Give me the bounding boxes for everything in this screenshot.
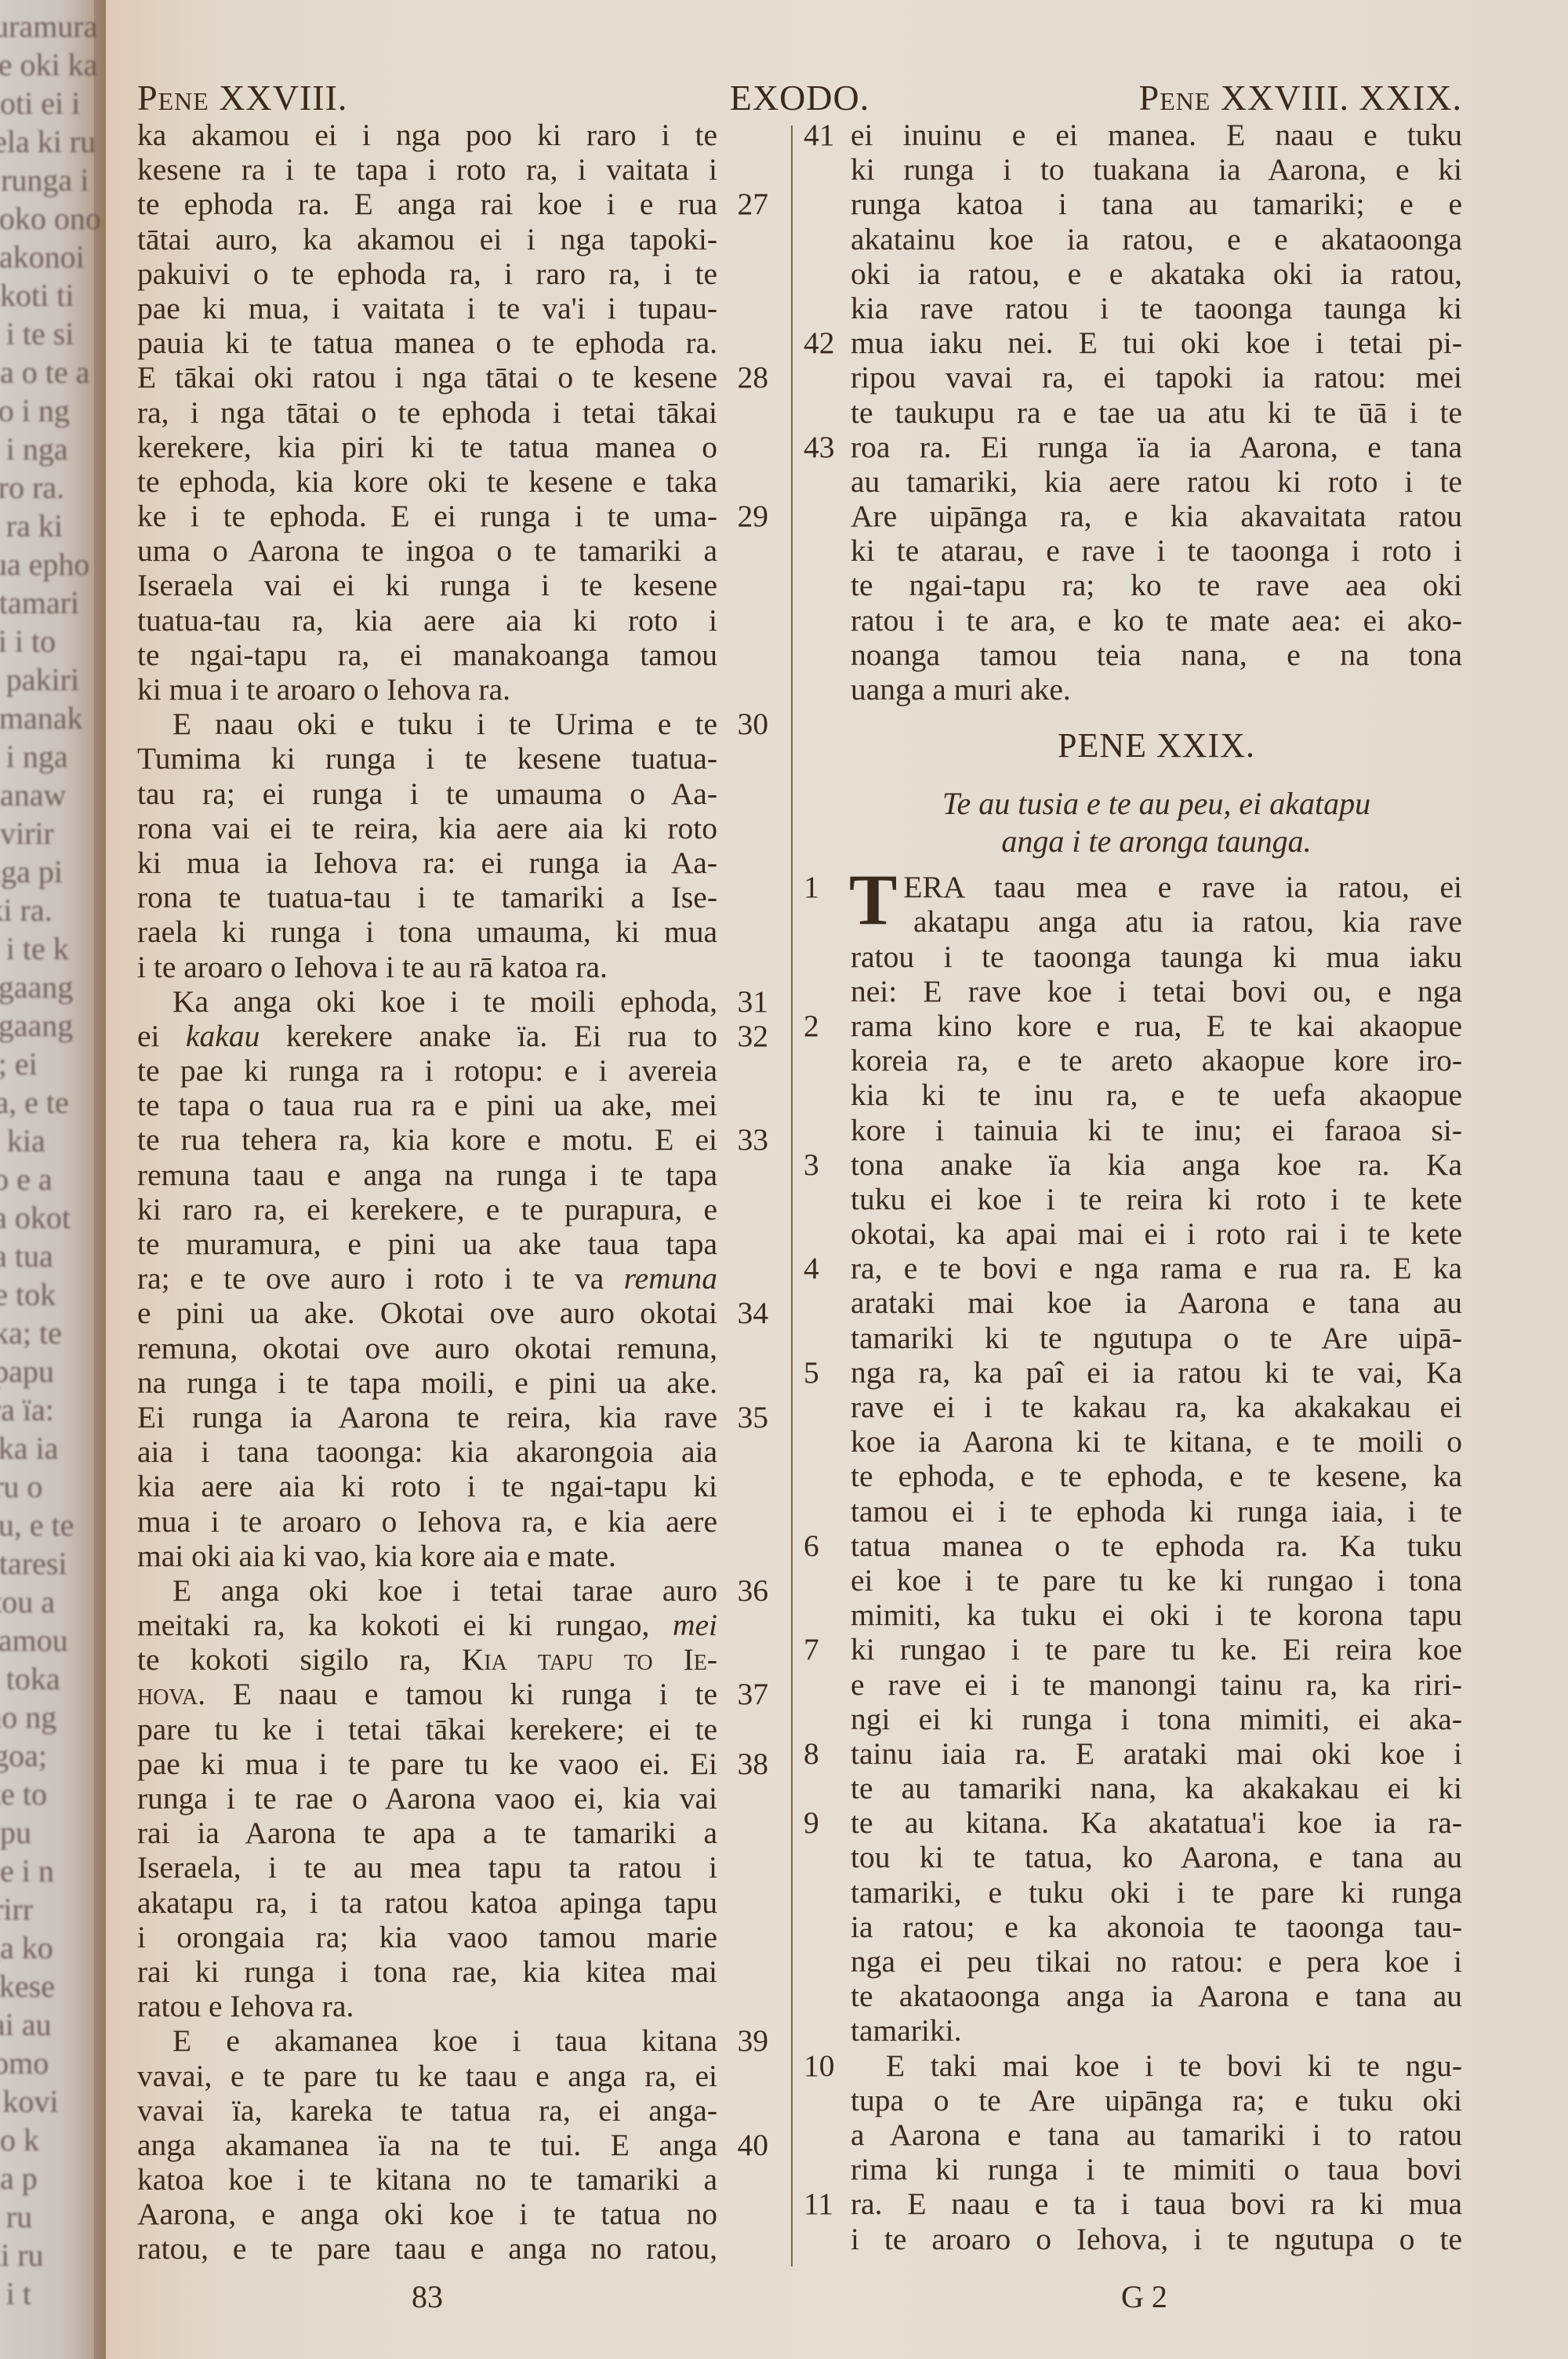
verse-number: 41 — [804, 118, 835, 152]
text-line: nga ra, ka paî ei ia ratou ki te vai, Ka… — [804, 1355, 1462, 1390]
previous-page-text: oe i te k — [0, 930, 106, 967]
line-text: mimiti, ka tuku ei oki i te korona tapu — [851, 1598, 1462, 1632]
line-text: akatapu anga atu ia ratou, kia rave — [913, 904, 1462, 939]
text-line: akatainu koe ia ratou, e e akataoonga — [804, 222, 1462, 256]
previous-page-text: toka; te — [0, 1314, 106, 1351]
line-text: uma o Aarona te ingoa o te tamariki a — [137, 533, 717, 568]
previous-page-text: oe i nga — [0, 431, 106, 467]
previous-page-text: te akonoi — [0, 238, 106, 275]
previous-page-text: a ra ïa: — [0, 1391, 106, 1428]
line-text: a Aarona e tana au tamariki i to ratou — [851, 2117, 1462, 2152]
line-text: Are uipānga ra, e kia akavaitata ratou — [851, 499, 1462, 533]
line-text: rona te tuatua-tau i te tamariki a Ise- — [137, 880, 717, 914]
previous-page-text: ki runga i — [0, 162, 106, 198]
right-text-column: ei inuinu e ei manea. E naau e tuku41ki … — [804, 118, 1462, 2256]
line-text: ia ratou; e ka akonoia te taoonga tau- — [851, 1910, 1462, 1944]
verse-number: 9 — [804, 1805, 819, 1840]
verse-number: 32 — [738, 1019, 769, 1053]
running-head-book-title: EXODO. — [730, 77, 869, 118]
text-line: ki te atarau, e rave i te taoonga i roto… — [804, 533, 1462, 568]
line-text: na runga i te tapa moili, e pini ua ake. — [137, 1365, 717, 1400]
line-text: koe ia Aarona ki te kitana, e te moili o — [851, 1424, 1462, 1459]
text-line: rona vai ei te reira, kia aere aia ki ro… — [137, 811, 733, 845]
text-line: E e akamanea koe i taua kitana39 — [137, 2023, 733, 2058]
line-text: tamariki ki te ngutupa o te Are uipā- — [851, 1321, 1462, 1355]
line-text: ra; e te ove auro i roto i te va remuna — [137, 1261, 717, 1296]
text-line: rai ia Aarona te apa a te tamariki a — [137, 1816, 733, 1850]
text-line: ngi ei ki runga i tona mimiti, ei aka- — [804, 1702, 1462, 1736]
line-text: mua i te aroaro o Iehova ra, e kia aere — [137, 1504, 717, 1539]
previous-page-text: nga p — [0, 2160, 106, 2197]
previous-page-text: e toko ono — [0, 200, 106, 237]
line-text: rima ki runga i te mimiti o taua bovi — [851, 2152, 1462, 2186]
previous-page-text: pai i to — [0, 623, 106, 660]
verse-number: 33 — [738, 1122, 769, 1157]
previous-page-text: i ki ru — [0, 2237, 106, 2274]
previous-page-text: tino ng — [0, 1699, 106, 1736]
previous-page-text: ebu, e te — [0, 1507, 106, 1543]
line-text: te kokoti sigilo ra, Kia tapu to Ie- — [137, 1642, 717, 1677]
verse-number: 10 — [804, 2048, 835, 2083]
line-text: vavai, e te pare tu ke taau e anga ra, e… — [137, 2059, 717, 2093]
text-line: te kokoti sigilo ra, Kia tapu to Ie- — [137, 1642, 733, 1677]
text-line: ki mua i te aroaro o Iehova ra. — [137, 672, 733, 707]
text-line: mua i te aroaro o Iehova ra, e kia aere — [137, 1504, 733, 1539]
text-line: ratou, e te pare taau e anga no ratou, — [137, 2231, 733, 2266]
line-text: pae ki mua i te pare tu ke vaoo ei. Ei — [137, 1747, 717, 1781]
verse-number: 27 — [738, 187, 769, 221]
verse-number: 8 — [804, 1736, 819, 1771]
line-text: ki mua ia Iehova ra: ei runga ia Aa- — [137, 845, 717, 880]
line-text: vavai ïa, kareka te tatua ra, ei anga- — [137, 2093, 717, 2128]
text-line: e pini ua ake. Okotai ove auro okotai34 — [137, 1296, 733, 1330]
text-line: vavai ïa, kareka te tatua ra, ei anga- — [137, 2093, 733, 2128]
text-line: pare tu ke i tetai tākai kerekere; ei te — [137, 1712, 733, 1747]
text-line: uma o Aarona te ingoa o te tamariki a — [137, 533, 733, 568]
line-text: te pae ki runga ra i rotopu: e i avereia — [137, 1053, 717, 1088]
previous-page-text: goa o te a — [0, 354, 106, 391]
line-text: ki runga i to tuakana ia Aarona, e ki — [851, 152, 1462, 187]
previous-page-text: kokoti ti — [0, 277, 106, 314]
text-line: ki raro ra, ei kerekere, e te purapura, … — [137, 1192, 733, 1227]
text-line: E taki mai koe i te bovi ki te ngu-10 — [804, 2048, 1462, 2083]
small-caps-text: Kia tapu to Ie- — [462, 1642, 717, 1677]
line-text: noanga tamou teia nana, e na tona — [851, 638, 1462, 672]
previous-page-text: akamou — [0, 1622, 106, 1659]
text-line: te au kitana. Ka akatatua'i koe ia ra-9 — [804, 1805, 1462, 1840]
text-line: arataki mai koe ia Aarona e tana au — [804, 1285, 1462, 1320]
text-line: runga i te rae o Aarona vaoo ei, kia vai — [137, 1781, 733, 1816]
verse-number: 37 — [738, 1677, 769, 1711]
text-line: te au tamariki nana, ka akakakau ei ki — [804, 1771, 1462, 1805]
verse-number: 28 — [738, 360, 769, 394]
line-text: au tamariki, kia aere ratou ki roto i te — [851, 464, 1462, 499]
line-text: te au kitana. Ka akatatua'i koe ia ra- — [851, 1805, 1462, 1840]
text-line: aia i tana taoonga: kia akarongoia aia — [137, 1434, 733, 1469]
text-line: ei kakau kerekere anake ïa. Ei rua to32 — [137, 1019, 733, 1053]
text-line: ka akamou ei i nga poo ki raro i te — [137, 118, 733, 152]
text-line: kia aere aia ki roto i te ngai-tapu ki — [137, 1469, 733, 1503]
text-line: pauia ki te tatua manea o te ephoda ra. — [137, 325, 733, 360]
line-text: E naau oki e tuku i te Urima e te — [137, 707, 717, 741]
verse-number: 1 — [804, 870, 819, 904]
text-line: ripou vavai ra, ei tapoki ia ratou: mei — [804, 360, 1462, 394]
line-text: ke i te ephoda. E ei runga i te uma- — [137, 499, 717, 533]
page-number: 83 — [412, 2278, 443, 2315]
text-line: ra, e te bovi e nga rama e rua ra. E ka4 — [804, 1251, 1462, 1285]
line-text: pae ki mua, i vaitata i te va'i i tupau- — [137, 291, 717, 325]
line-text: tātai auro, ka akamou ei i nga tapoki- — [137, 222, 717, 256]
italic-word: mei — [673, 1608, 717, 1642]
line-text: Ei runga ia Aarona te reira, kia rave — [137, 1400, 717, 1434]
text-line: tuatua-tau ra, kia aere aia ki roto i — [137, 603, 733, 638]
previous-page-text: taua epho — [0, 546, 106, 583]
previous-page-text: ka ra ki — [0, 507, 106, 544]
line-text: rona vai ei te reira, kia aere aia ki ro… — [137, 811, 717, 845]
line-text: ra, e te bovi e nga rama e rua ra. E ka — [851, 1251, 1462, 1285]
line-text: kerekere, kia piri ki te tatua manea o — [137, 430, 717, 464]
text-line: te tapa o taua rua ra e pini ua ake, mei — [137, 1088, 733, 1122]
text-line: rima ki runga i te mimiti o taua bovi — [804, 2152, 1462, 2186]
line-text: pare tu ke i tetai tākai kerekere; ei te — [137, 1712, 717, 1747]
line-text: kesene ra i te tapa i roto ra, i vaitata… — [137, 152, 717, 187]
line-text: mai oki aia ki vao, kia kore aia e mate. — [137, 1539, 717, 1573]
text-line: tātai auro, ka akamou ei i nga tapoki- — [137, 222, 733, 256]
line-text: i te aroaro o Iehova, i te ngutupa o te — [851, 2222, 1462, 2256]
line-text: hova. E naau e tamou ki runga i te — [137, 1677, 717, 1711]
previous-page-text: ura, e te — [0, 1084, 106, 1121]
text-line: te muramura, e pini ua ake taua tapa — [137, 1227, 733, 1261]
text-line: vavai, e te pare tu ke taau e anga ra, e… — [137, 2059, 733, 2093]
text-line: koreia ra, e te areto akaopue kore iro- — [804, 1043, 1462, 1078]
previous-page-text: heka ia — [0, 1430, 106, 1467]
line-text: aia i tana taoonga: kia akarongoia aia — [137, 1434, 717, 1469]
verse-number: 38 — [738, 1747, 769, 1781]
text-line: Aarona, e anga oki koe i te tatua no — [137, 2197, 733, 2231]
previous-page-text: aro e a — [0, 1161, 106, 1198]
line-text: tamou ei i te ephoda ki runga iaia, i te — [851, 1494, 1462, 1528]
text-line: tupa o te Are uipānga ra; e tuku oki — [804, 2083, 1462, 2117]
previous-page-text: ei manak — [0, 700, 106, 736]
text-line: remuna, okotai ove auro okotai remuna, — [137, 1331, 733, 1365]
column-divider-rule — [791, 125, 793, 2266]
line-text: pauia ki te tatua manea o te ephoda ra. — [137, 325, 717, 360]
line-text: roa ra. Ei runga ïa ia Aarona, e tana — [851, 430, 1462, 464]
line-text: te ngai-tapu ra; ko te rave aea oki — [851, 568, 1462, 602]
previous-page-text: ro kovi — [0, 2083, 106, 2120]
running-head: Pene XXVIII. EXODO. Pene XXVIII. XXIX. — [137, 77, 1462, 124]
text-line: mai oki aia ki vao, kia kore aia e mate. — [137, 1539, 733, 1573]
previous-page-text: raela ki ru — [0, 123, 106, 160]
line-text: ei kakau kerekere anake ïa. Ei rua to — [137, 1019, 717, 1053]
line-text: te ephoda, e te ephoda, e te kesene, ka — [851, 1459, 1462, 1493]
verse-number: 34 — [738, 1296, 769, 1330]
line-text: ki raro ra, ei kerekere, e te purapura, … — [137, 1192, 717, 1227]
text-line: te rua tehera ra, kia kore e motu. E ei3… — [137, 1122, 733, 1157]
line-text: ra, i nga tātai o te ephoda i tetai tāka… — [137, 395, 717, 430]
line-text: nga ei peu tikai no ratou: e pera koe i — [851, 1944, 1462, 1979]
text-line: na runga i te tapa moili, e pini ua ake. — [137, 1365, 733, 1400]
text-line: tamariki ki te ngutupa o te Are uipā- — [804, 1321, 1462, 1355]
text-line: i orongaia ra; kia vaoo tamou marie — [137, 1920, 733, 1954]
verse-number: 39 — [738, 2023, 769, 2058]
verse-number: 31 — [738, 984, 769, 1019]
text-line: akatapu anga atu ia ratou, kia rave — [804, 904, 1462, 939]
text-line: tamariki. — [804, 2013, 1462, 2048]
previous-page-text: kia tua — [0, 1238, 106, 1274]
line-text: rave ei i te kakau ra, ka akakakau ei — [851, 1390, 1462, 1424]
text-line: roa ra. Ei runga ïa ia Aarona, e tana43 — [804, 430, 1462, 464]
text-line: te ngai-tapu ra; ko te rave aea oki — [804, 568, 1462, 602]
verse-number: 36 — [738, 1573, 769, 1608]
verse-number: 29 — [738, 499, 769, 533]
line-text: anga akamanea ïa na te tui. E anga — [137, 2128, 717, 2162]
line-text: Tumima ki runga i te kesene tuatua- — [137, 741, 717, 776]
line-text: Aarona, e anga oki koe i te tatua no — [137, 2197, 717, 2231]
previous-page-text: toru o — [0, 1468, 106, 1505]
line-text: te ngai-tapu ra, ei manakoanga tamou — [137, 638, 717, 672]
verse-number: 35 — [738, 1400, 769, 1434]
previous-page-text: ga i te si — [0, 315, 106, 352]
line-text: rai ia Aarona te apa a te tamariki a — [137, 1816, 717, 1850]
italic-word: remuna — [624, 1261, 717, 1296]
line-text: tupa o te Are uipānga ra; e tuku oki — [851, 2083, 1462, 2117]
line-text: koreia ra, e te areto akaopue kore iro- — [851, 1043, 1462, 1078]
text-line: ei koe i te pare tu ke ki rungao i tona — [804, 1563, 1462, 1598]
verse-number: 4 — [804, 1251, 819, 1285]
line-text: E e akamanea koe i taua kitana — [137, 2023, 717, 2058]
line-text: mua iaku nei. E tui oki koe i tetai pi- — [851, 325, 1462, 360]
line-text: katoa koe i te kitana no te tamariki a — [137, 2162, 717, 2197]
text-line: Iseraela, i te au mea tapu ta ratou i — [137, 1850, 733, 1885]
line-text: E taki mai koe i te bovi ki te ngu- — [851, 2048, 1462, 2083]
text-line: ra. E naau e ta i taua bovi ra ki mua11 — [804, 2186, 1462, 2221]
line-text: tuatua-tau ra, kia aere aia ki roto i — [137, 603, 717, 638]
text-line: kia ki te inu ra, e te uefa akaopue — [804, 1078, 1462, 1112]
previous-page-text: ga; ei — [0, 1045, 106, 1082]
previous-page-text: auro ra. — [0, 469, 106, 506]
text-line: ratou i te ara, e ko te mate aea: ei ako… — [804, 603, 1462, 638]
text-line: kesene ra i te tapa i roto ra, i vaitata… — [137, 152, 733, 187]
previous-page-text: i te tok — [0, 1276, 106, 1313]
text-line: E naau oki e tuku i te Urima e te30 — [137, 707, 733, 741]
line-text: nga ra, ka paî ei ia ratou ki te vai, Ka — [851, 1355, 1462, 1390]
line-text: Iseraela vai ei ki runga i te kesene — [137, 568, 717, 602]
verse-number: 30 — [738, 707, 769, 741]
line-text: kia aere aia ki roto i te ngai-tapu ki — [137, 1469, 717, 1503]
text-line: te ephoda, e te ephoda, e te kesene, ka — [804, 1459, 1462, 1493]
text-line: rama kino kore e rua, E te kai akaopue2 — [804, 1009, 1462, 1043]
text-line: ki runga i to tuakana ia Aarona, e ki — [804, 152, 1462, 187]
small-caps-text: hova. — [137, 1677, 205, 1711]
line-text: kia ki te inu ra, e te uefa akaopue — [851, 1078, 1462, 1112]
verse-number: 5 — [804, 1355, 819, 1390]
line-text: raela ki runga i tona umauma, ki mua — [137, 914, 717, 949]
text-line: te taukupu ra e tae ua atu ki te ūā i te — [804, 395, 1462, 430]
line-text: tamariki, e tuku oki i te pare ki runga — [851, 1875, 1462, 1910]
text-line: tou ki te tatua, ko Aarona, e tana au — [804, 1840, 1462, 1874]
previous-page-text: nga ko — [0, 1929, 106, 1966]
line-text: te ephoda ra. E anga rai koe i e rua — [137, 187, 717, 221]
line-text: pakuivi o te ephoda ra, i raro ra, i te — [137, 256, 717, 291]
line-text: akatainu koe ia ratou, e e akataoonga — [851, 222, 1462, 256]
text-line: te ephoda, kia kore oki te kesene e taka — [137, 464, 733, 499]
text-line: Iseraela vai ei ki runga i te kesene — [137, 568, 733, 602]
previous-page-text: te tamari — [0, 584, 106, 621]
previous-page-text: ïa, kia — [0, 1122, 106, 1159]
text-line: mimiti, ka tuku ei oki i te korona tapu — [804, 1598, 1462, 1632]
text-line: te ephoda ra. E anga rai koe i e rua27 — [137, 187, 733, 221]
verse-number: 7 — [804, 1632, 819, 1667]
line-text: ki mua i te aroaro o Iehova ra. — [137, 672, 717, 707]
text-line: katoa koe i te kitana no te tamariki a — [137, 2162, 733, 2197]
previous-page-text: gao i ng — [0, 392, 106, 429]
text-line: Tumima ki runga i te kesene tuatua- — [137, 741, 733, 776]
verse-number: 2 — [804, 1009, 819, 1043]
line-text: oki ia ratou, e e akataka oki ia ratou, — [851, 256, 1462, 291]
previous-page-text: ga ru — [0, 2198, 106, 2235]
text-line: rona te tuatua-tau i te tamariki a Ise- — [137, 880, 733, 914]
line-text: rai ki runga i tona rae, kia kitea mai — [137, 1954, 717, 1989]
text-line: kore i tainuia ki te inu; ei faraoa si- — [804, 1113, 1462, 1147]
previous-page-text: ga pakiri — [0, 661, 106, 698]
line-text: tamariki. — [851, 2013, 1462, 2048]
verse-number: 42 — [804, 325, 835, 360]
text-line: rai ki runga i tona rae, kia kitea mai — [137, 1954, 733, 1989]
previous-page-text: pa i t — [0, 2275, 106, 2312]
line-text: te tapa o taua rua ra e pini ua ake, mei — [137, 1088, 717, 1122]
line-text: akatapu ra, i ta ratou katoa apinga tapu — [137, 1885, 717, 1920]
text-line: ke i te ephoda. E ei runga i te uma-29 — [137, 499, 733, 533]
text-line: ei inuinu e ei manea. E naau e tuku41 — [804, 118, 1462, 152]
previous-page-text: okoti ei i — [0, 85, 106, 122]
line-text: kore i tainuia ki te inu; ei faraoa si- — [851, 1113, 1462, 1147]
line-text: e rave ei i te manongi tainu ra, ka riri… — [851, 1667, 1462, 1702]
previous-page-text: virirr — [0, 1891, 106, 1928]
text-line: pae ki mua, i vaitata i te va'i i tupau- — [137, 291, 733, 325]
verse-number: 6 — [804, 1528, 819, 1563]
line-text: rama kino kore e rua, E te kai akaopue — [851, 1009, 1462, 1043]
text-line: i te aroaro o Iehova i te au rā katoa ra… — [137, 950, 733, 984]
verse-number: 40 — [738, 2128, 769, 2162]
text-line: raela ki runga i tona umauma, ki mua — [137, 914, 733, 949]
text-line: Are uipānga ra, e kia akavaitata ratou — [804, 499, 1462, 533]
verse-number: 11 — [804, 2186, 833, 2221]
text-line: tuku ei koe i te reira ki roto i te kete — [804, 1182, 1462, 1216]
text-line: ratou e Iehova ra. — [137, 1989, 733, 2023]
line-text: te rua tehera ra, kia kore e motu. E ei — [137, 1122, 717, 1157]
previous-page-text: poo k — [0, 2121, 106, 2158]
text-line: pae ki mua i te pare tu ke vaoo ei. Ei38 — [137, 1747, 733, 1781]
chapter-summary-line: anga i te aronga taunga. — [851, 823, 1462, 860]
text-line: te ngai-tapu ra, ei manakoanga tamou — [137, 638, 733, 672]
text-line: te akataoonga anga ia Aarona e tana au — [804, 1979, 1462, 2013]
running-head-left: Pene XXVIII. — [137, 77, 347, 118]
text-line: ra; e te ove auro i roto i te va remuna — [137, 1261, 733, 1296]
left-text-column: ka akamou ei i nga poo ki raro i tekesen… — [137, 118, 733, 2266]
line-text: runga katoa i tana au tamariki; e e — [851, 187, 1462, 221]
line-text: okotai, ka apai mai ei i roto rai i te k… — [851, 1216, 1462, 1251]
text-line: mua iaku nei. E tui oki koe i tetai pi-4… — [804, 325, 1462, 360]
line-text: ratou i te ara, e ko te mate aea: ei ako… — [851, 603, 1462, 638]
text-line: ra, i nga tātai o te ephoda i tetai tāka… — [137, 395, 733, 430]
line-text: te ephoda, kia kore oki te kesene e taka — [137, 464, 717, 499]
previous-page-text: muramura — [0, 8, 106, 45]
line-text: ratou e Iehova ra. — [137, 1989, 717, 2023]
text-line: pakuivi o te ephoda ra, i raro ra, i te — [137, 256, 733, 291]
text-line: E tākai oki ratou i nga tātai o te kesen… — [137, 360, 733, 394]
line-text: ratou i te taoonga taunga ki mua iaku — [851, 940, 1462, 974]
text-line: nga ei peu tikai no ratou: e pera koe i — [804, 1944, 1462, 1979]
text-line: E anga oki koe i tetai tarae auro36 — [137, 1573, 733, 1608]
previous-page-text: ātai au — [0, 2006, 106, 2043]
previous-page-text: te kese — [0, 1968, 106, 2005]
line-text: e pini ua ake. Okotai ove auro okotai — [137, 1296, 717, 1330]
text-line: tatua manea o te ephoda ra. Ka tuku6 — [804, 1528, 1462, 1563]
line-text: Ka anga oki koe i te moili ephoda, — [137, 984, 717, 1019]
text-line: uanga a muri ake. — [804, 672, 1462, 707]
line-text: ki te atarau, e rave i te taoonga i roto… — [851, 533, 1462, 568]
line-text: i orongaia ra; kia vaoo tamou marie — [137, 1920, 717, 1954]
text-line: i te aroaro o Iehova, i te ngutupa o te — [804, 2222, 1462, 2256]
text-line: ratou i te taoonga taunga ki mua iaku — [804, 940, 1462, 974]
line-text: E tākai oki ratou i nga tātai o te kesen… — [137, 360, 717, 394]
verse-number: 3 — [804, 1147, 819, 1182]
line-text: kia rave ratou i te taoonga taunga ki — [851, 291, 1462, 325]
previous-page-text: kia okot — [0, 1199, 106, 1236]
text-line: TERA taau mea e rave ia ratou, ei1 — [804, 870, 1462, 904]
line-text: E anga oki koe i tetai tarae auro — [137, 1573, 717, 1608]
line-text: tou ki te tatua, ko Aarona, e tana au — [851, 1840, 1462, 1874]
text-line: hova. E naau e tamou ki runga i te37 — [137, 1677, 733, 1711]
line-text: tuku ei koe i te reira ki roto i te kete — [851, 1182, 1462, 1216]
line-text: tona anake ïa kia anga koe ra. Ka — [851, 1147, 1462, 1182]
previous-page-text: koe i n — [0, 1852, 106, 1889]
line-text: te taukupu ra e tae ua atu ki te ūā i te — [851, 395, 1462, 430]
previous-page-text: nganaw — [0, 776, 106, 813]
line-text: ratou, e te pare taau e anga no ratou, — [137, 2231, 717, 2266]
previous-page-text: momo — [0, 2045, 106, 2081]
line-text: uanga a muri ake. — [851, 672, 1462, 707]
line-text: i te aroaro o Iehova i te au rā katoa ra… — [137, 950, 717, 984]
previous-page-text: kovirir — [0, 815, 106, 852]
text-line: ki mua ia Iehova ra: ei runga ia Aa- — [137, 845, 733, 880]
text-line: tona anake ïa kia anga koe ra. Ka3 — [804, 1147, 1462, 1182]
previous-page-text: ave oki ka — [0, 46, 106, 83]
text-line: koe ia Aarona ki te kitana, e te moili o — [804, 1424, 1462, 1459]
book-page: Pene XXVIII. EXODO. Pene XXVIII. XXIX. k… — [106, 0, 1568, 2359]
text-line: a Aarona e tana au tamariki i to ratou — [804, 2117, 1462, 2152]
text-line: akatapu ra, i ta ratou katoa apinga tapu — [137, 1885, 733, 1920]
previous-page-edge: muramuraave oki kaokoti ei iraela ki ruk… — [0, 0, 106, 2359]
line-text: arataki mai koe ia Aarona e tana au — [851, 1285, 1462, 1320]
previous-page-text: riki ra. — [0, 892, 106, 929]
italic-word: kakau — [186, 1019, 260, 1053]
chapter-summary: Te au tusia e te au peu, ei akatapuanga … — [804, 780, 1462, 870]
line-text: nei: E rave koe i tetai bovi ou, e nga — [851, 974, 1462, 1009]
text-line: okotai, ka apai mai ei i roto rai i te k… — [804, 1216, 1462, 1251]
text-line: anga akamanea ïa na te tui. E anga40 — [137, 2128, 733, 2162]
text-line: noanga tamou teia nana, e na tona — [804, 638, 1462, 672]
line-text: te au tamariki nana, ka akakakau ei ki — [851, 1771, 1462, 1805]
previous-page-text: angaang — [0, 1007, 106, 1044]
line-text: remuna taau e anga na runga i te tapa — [137, 1158, 717, 1192]
text-line: Ka anga oki koe i te moili ephoda,31 — [137, 984, 733, 1019]
text-line: tainu iaia ra. E arataki mai oki koe i8 — [804, 1736, 1462, 1771]
running-head-right: Pene XXVIII. XXIX. — [1139, 77, 1462, 118]
text-line: tau ra; ei runga i te umauma o Aa- — [137, 776, 733, 811]
text-line: rave ei i te kakau ra, ka akakakau ei — [804, 1390, 1462, 1424]
